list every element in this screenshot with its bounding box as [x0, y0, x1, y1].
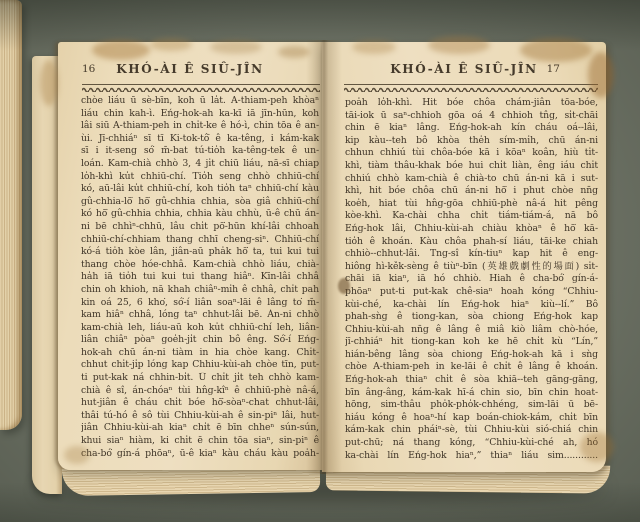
text-line: kam hiâⁿ chhâ, lóng taⁿ chhut-lâi bē. Án… — [81, 309, 319, 322]
right-page-number: 17 — [547, 63, 560, 75]
text-line: thâi tú-hó ê sô tùi Chhiu-kùi-ah ê sin-p… — [81, 410, 319, 423]
text-line: chin ē kiaⁿ lâng. Eńg-hok-ah kín cháu oá… — [345, 122, 598, 135]
text-line: tāi-iok ū saⁿ-chhioh gōa oá 4 chhioh tn̂… — [345, 110, 598, 123]
wavy-rule-icon — [82, 86, 320, 92]
wavy-rule-icon — [344, 86, 598, 92]
text-line: hiáu kóng ê hoaⁿ-hí kap boán-chiok-kám, … — [345, 412, 598, 425]
text-line: bīn âng-âng, kám-kak hī-á chin sio, bīn … — [345, 387, 598, 400]
text-line: thang chòe hóe-chhâ. Kam-chià chhò liáu,… — [81, 259, 319, 272]
left-page-header: 16 KHÓ-ÀI Ê SIÛ-JÎN — [58, 62, 322, 80]
text-line: poa̍h lo̍h-khì. Hit bóe chôa chám-jiân t… — [345, 97, 598, 110]
photo-background: 16 KHÓ-ÀI Ê SIÛ-JÎN chòe liáu ū sè-bīn, … — [0, 0, 640, 522]
text-line: ùi. Jī-chhiáⁿ sī tī Ki-tok-tô͘ ê ka-têng… — [81, 133, 319, 146]
header-rule-right — [344, 84, 598, 94]
text-line: lâi siū A-thiam-peh in chi̍t-ke ê hó-ì, … — [81, 120, 319, 133]
text-line: hiông hì-kè̍k-sèng ê tiùⁿ-bīn (英雄戲劇性的場面)… — [345, 261, 598, 274]
text-line: kó, aū-lâi ku̍t chhiū-chí, koh tio̍h taⁿ… — [81, 183, 319, 196]
text-line: lo̍h-khì ku̍t chhiū-chí. Tio̍h seng chhò… — [81, 171, 319, 184]
text-line: kòe-khì. Ka-chài chha chi̍t tiám-tiám-á,… — [345, 210, 598, 223]
text-line: chhun chhiú tùi chôa-bóe kā i kōaⁿ koân,… — [345, 147, 598, 160]
text-line: chāi iā kiaⁿ, iā hó chhiò. Hiah ê cha-bó… — [345, 273, 598, 286]
right-page-header: KHÓ-ÀI Ê SIÛ-JÎN 17 — [322, 62, 606, 80]
text-line: khì, hit bóe chôa chū án-ni hō͘ i phut c… — [345, 185, 598, 198]
text-line: kám-kak chin pháiⁿ-sè, tùi Chhiu-kùi sió… — [345, 424, 598, 437]
text-line: ka-chài lín Eńg-hok hiaⁿ,” thiaⁿ liáu si… — [345, 450, 598, 463]
text-line: jiân Chhiu-kùi-ah kiaⁿ chi̍t ē bīn chheⁿ… — [81, 422, 319, 435]
text-line: gû-chhia-lō͘ hō͘ gû-chhia chhia, sòa giâ… — [81, 196, 319, 209]
text-line: hián-bêng lâng sòa chiong Eńg-hok-ah kā … — [345, 349, 598, 362]
text-line: kam-chià leh, liáu-aū koh ku̍t chhiū-chí… — [81, 322, 319, 335]
left-page-text: chòe liáu ū sè-bīn, koh ū la̍t. A-thiam-… — [81, 95, 319, 460]
text-line: ti put-kak ná chhin-bi̍t. Ū chi̍t ji̍t t… — [81, 372, 319, 385]
right-page-text: poa̍h lo̍h-khì. Hit bóe chôa chám-jiân t… — [345, 97, 598, 462]
text-line: phah-sǹg ê tiong-kan, sòa chiong Eńg-hok… — [345, 311, 598, 324]
text-line: kùi-ché, ka-chài lín Eńg-hok hiaⁿ kiù--l… — [345, 299, 598, 312]
running-title-right: KHÓ-ÀI Ê SIÛ-JÎN — [322, 62, 606, 76]
text-line: hok-ah chū án-ni tiàm in hia chòe kang. … — [81, 347, 319, 360]
text-line: chhut chi̍t-ji̍p lóng kap Chhiu-kùi-ah c… — [81, 359, 319, 372]
text-line: chin oh khioh, nā khah chiâⁿ-mi̍h ê chhâ… — [81, 284, 319, 297]
text-line: kip kàu--teh bô khòa the̍h sím-mi̍h, chū… — [345, 135, 598, 148]
right-page-edge-stack — [0, 0, 22, 430]
text-line: chhiū-chí-chhiam thang chhī cheng-siⁿ. C… — [81, 234, 319, 247]
text-line: khì, tiàm thâu-khak bóe hui chi̍t liàn, … — [345, 160, 598, 173]
text-line: kó-á tio̍h kòe lân, jiân-aū pha̍k hō͘ ta… — [81, 246, 319, 259]
text-line: hut-jiân ê cháu chi̍t bóe hō͘-sòaⁿ-chat … — [81, 397, 319, 410]
text-line: cha-bó͘ gín-á phōaⁿ, ū-ê kiaⁿ kàu cháu k… — [81, 448, 319, 461]
text-line: khui siaⁿ hiàm, ki chi̍t ē chin tōa siaⁿ… — [81, 435, 319, 448]
text-line: tio̍h ê khoán. Kàu chôa phah-sí liáu, tā… — [345, 236, 598, 249]
header-rule-left — [82, 84, 320, 94]
text-line: put-chū; ná thang kóng, “Chhiu-kùi-ché a… — [345, 437, 598, 450]
left-page: 16 KHÓ-ÀI Ê SIÛ-JÎN chòe liáu ū sè-bīn, … — [58, 42, 322, 470]
text-line: kin oá 25, 6 kho͘, só͘-í liân soaⁿ-lāi ê… — [81, 297, 319, 310]
text-line: chhiú chhò kam-chià ê chià-to chū án-ni … — [345, 173, 598, 186]
text-line: chòe A-thiam-peh in ke-lāi ê chi̍t ê lân… — [345, 361, 598, 374]
text-line: phōaⁿ put-ti put-kak chê-siaⁿ hoah kóng … — [345, 286, 598, 299]
text-line: sī i it-seng só͘ m̄-bat tú-tio̍h ka-têng… — [81, 145, 319, 158]
running-title-left: KHÓ-ÀI Ê SIÛ-JÎN — [58, 62, 322, 76]
text-line: Eńg-hok-ah thiaⁿ chi̍t ê sòa khiā--teh g… — [345, 374, 598, 387]
text-line: chhiò--chhut-lâi. Tng-sî kín-tiuⁿ kap hi… — [345, 248, 598, 261]
text-line: chòe liáu ū sè-bīn, koh ū la̍t. A-thiam-… — [81, 95, 319, 108]
text-line: koe̍h, hiat tùi hn̂g-gōa chhiū-phè nâ-á … — [345, 198, 598, 211]
text-line: Chhiu-kùi-ah nn̄g ê lâng ê miâ kiò liâm … — [345, 324, 598, 337]
text-line: jī-chhiáⁿ hit tiong-kan koh ke hē chi̍t … — [345, 336, 598, 349]
text-line: Eńg-hok lâi, Chhiu-kùi-ah chiàu khòaⁿ ê … — [345, 223, 598, 236]
text-line: hōng, sim-thâu pho̍k-pho̍k-chhéng, sim-l… — [345, 399, 598, 412]
right-page: KHÓ-ÀI Ê SIÛ-JÎN 17 poa̍h lo̍h-khì. Hit … — [322, 42, 606, 472]
text-line: liân chiâⁿ pòaⁿ goe̍h-ji̍t chin bô êng. … — [81, 334, 319, 347]
text-line: chià ê sî, án-chóaⁿ tùi hn̂g-kîⁿ ê chhiū… — [81, 385, 319, 398]
text-line: kó hō͘ gû-chhia chhia, chhia kàu chhù, ū… — [81, 208, 319, 221]
text-line: liáu chin kah-ì. Eńg-hok-ah ka-kī iā jīn… — [81, 108, 319, 121]
text-line: ha̍h iā tio̍h tui kui tui thang hiâⁿ. Kī… — [81, 271, 319, 284]
text-line: ni bē chhìⁿ-chhū, lâu chi̍t pō͘-hūn khí-… — [81, 221, 319, 234]
text-line: loán. Kam-chià chhò 3, 4 ji̍t chiū liáu,… — [81, 158, 319, 171]
